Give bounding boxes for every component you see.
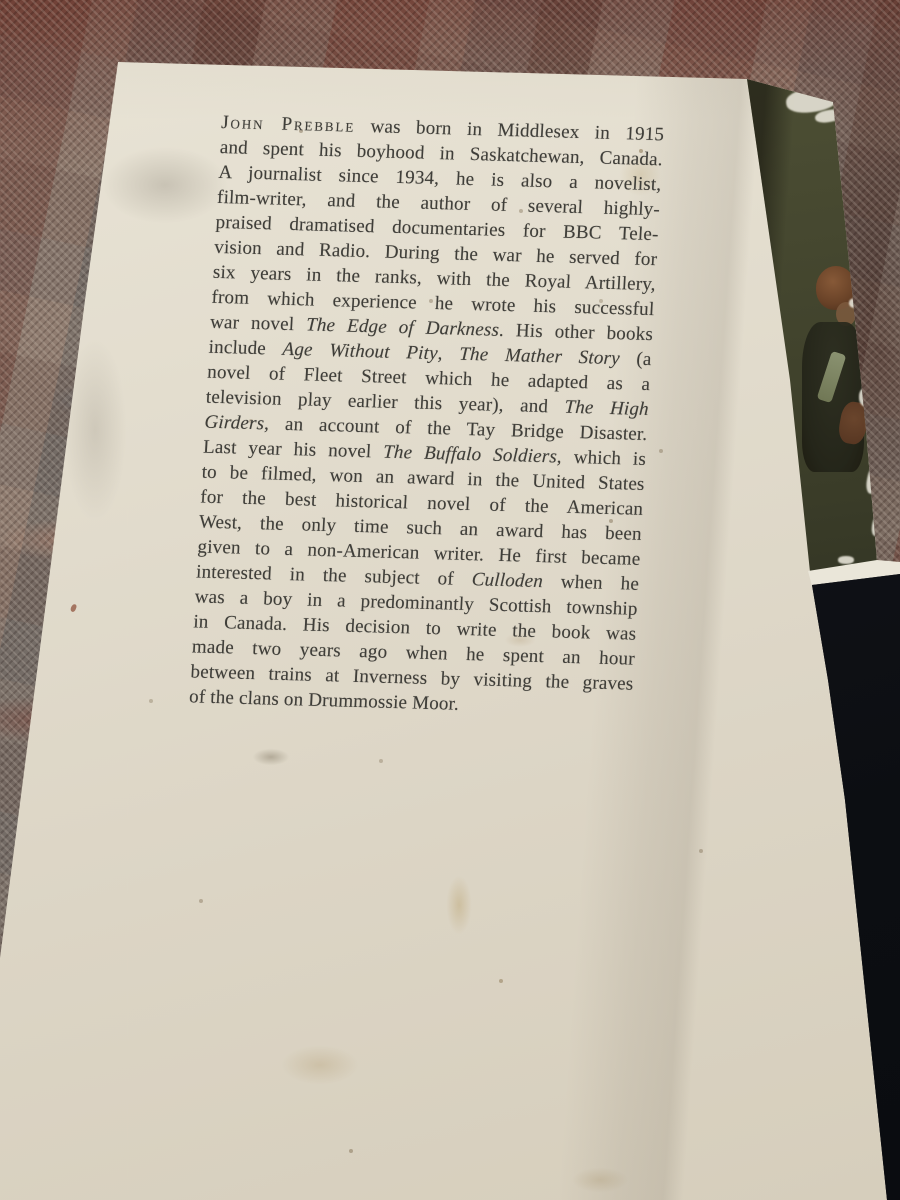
cover-art-figure-body [802, 322, 864, 472]
book-title-italic: The Buffalo Soldiers [383, 442, 558, 468]
wear-mark [838, 556, 854, 564]
book-title-italic: Age Without Pity [282, 339, 438, 364]
author-name-smallcaps: John Prebble [221, 112, 356, 137]
author-biography-text: John Prebble was born in Middlesex in 19… [188, 110, 664, 722]
book-title-italic: Girders [204, 412, 265, 435]
photo-canvas: John Prebble was born in Middlesex in 19… [0, 0, 900, 1200]
book-title-italic: The Mather Story [459, 344, 621, 369]
book-back-cover: John Prebble was born in Middlesex in 19… [0, 0, 900, 1200]
book-title-italic: The Edge of Darkness [306, 314, 500, 340]
book-title-italic: Culloden [471, 569, 543, 592]
book-title-italic: The High [564, 397, 649, 420]
